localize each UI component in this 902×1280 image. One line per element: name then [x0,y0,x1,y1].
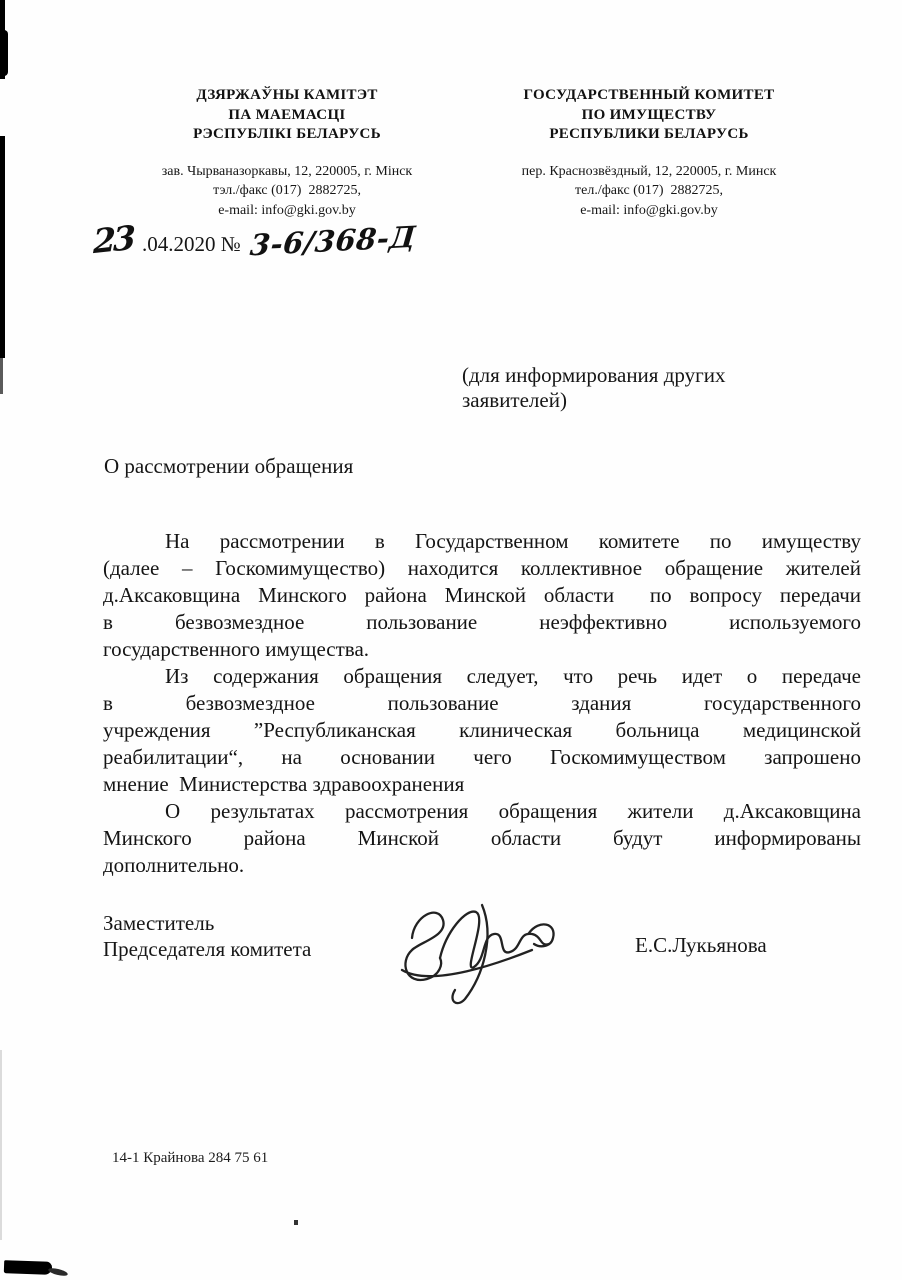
scan-artifact-faint-edge [0,1050,2,1240]
org-name-line: РЕСПУБЛИКИ БЕЛАРУСЬ [498,125,800,145]
signatory-position-line: Заместитель [103,910,311,936]
scan-artifact-mid-fade [0,358,3,394]
subject-line: О рассмотрении обращения [104,454,353,479]
address-line: e-mail: info@gki.gov.by [498,201,800,221]
paragraph: Из содержания обращения следует, что реч… [103,663,861,798]
recipient-note-line: заявителей) [462,388,725,413]
body-line: реабилитации“, на основании чего Госкоми… [103,744,861,771]
address-line: тэл./факс (017) 2882725, [148,181,426,201]
letterhead-russian: ГОСУДАРСТВЕННЫЙ КОМИТЕТ ПО ИМУЩЕСТВУ РЕС… [498,86,800,220]
handwritten-day: 23 [93,218,133,261]
body-line: д.Аксаковщина Минского района Минской об… [103,582,861,609]
reference-line: 23 .04.2020 № 3-6/368-Д [93,220,416,259]
printed-date-number: .04.2020 № [142,232,241,257]
recipient-note: (для информирования других заявителей) [462,363,725,413]
org-name-line: ПА МАЕМАСЦІ [148,106,426,126]
body-line: мнение Министерства здравоохранения [103,771,861,798]
org-name-line: ПО ИМУЩЕСТВУ [498,106,800,126]
signatory-position: Заместитель Председателя комитета [103,910,311,962]
org-name-line: ДЗЯРЖАЎНЫ КАМІТЭТ [148,86,426,106]
address-line: зав. Чырваназоркавы, 12, 220005, г. Мінс… [148,162,426,182]
org-name-line: РЭСПУБЛІКІ БЕЛАРУСЬ [148,125,426,145]
recipient-note-line: (для информирования других [462,363,725,388]
address-line: e-mail: info@gki.gov.by [148,201,426,221]
signature-scribble [382,892,577,1012]
body-line: дополнительно. [103,852,861,879]
org-address: пер. Краснозвёздный, 12, 220005, г. Минс… [498,162,800,221]
body-line: государственного имущества. [103,636,861,663]
letter-body: На рассмотрении в Государственном комите… [103,528,861,879]
signatory-position-line: Председателя комитета [103,936,311,962]
scan-artifact-speck [294,1220,298,1225]
letterhead-belarusian: ДЗЯРЖАЎНЫ КАМІТЭТ ПА МАЕМАСЦІ РЭСПУБЛІКІ… [148,86,426,220]
address-line: пер. Краснозвёздный, 12, 220005, г. Минс… [498,162,800,182]
body-line: учреждения ”Республиканская клиническая … [103,717,861,744]
body-line: в безвозмездное пользование неэффективно… [103,609,861,636]
scan-artifact-bottom-blob-tail [48,1267,69,1278]
scan-artifact-top-bulge [0,30,8,76]
org-name-line: ГОСУДАРСТВЕННЫЙ КОМИТЕТ [498,86,800,106]
letter-page: ДЗЯРЖАЎНЫ КАМІТЭТ ПА МАЕМАСЦІ РЭСПУБЛІКІ… [0,0,902,1280]
body-line: О результатах рассмотрения обращения жит… [103,798,861,825]
body-line: в безвозмездное пользование здания госуд… [103,690,861,717]
scan-artifact-bottom-blob [4,1260,52,1275]
handwritten-outgoing-number: 3-6/368-Д [248,220,417,263]
body-line: Из содержания обращения следует, что реч… [103,663,861,690]
signatory-name: Е.С.Лукьянова [635,933,767,958]
executor-note: 14-1 Крайнова 284 75 61 [112,1150,268,1167]
body-line: На рассмотрении в Государственном комите… [103,528,861,555]
paragraph: О результатах рассмотрения обращения жит… [103,798,861,879]
org-address: зав. Чырваназоркавы, 12, 220005, г. Мінс… [148,162,426,221]
address-line: тел./факс (017) 2882725, [498,181,800,201]
paragraph: На рассмотрении в Государственном комите… [103,528,861,663]
body-line: Минского района Минской области будут ин… [103,825,861,852]
body-line: (далее – Госкомимущество) находится колл… [103,555,861,582]
scan-artifact-mid-strip [0,136,5,358]
